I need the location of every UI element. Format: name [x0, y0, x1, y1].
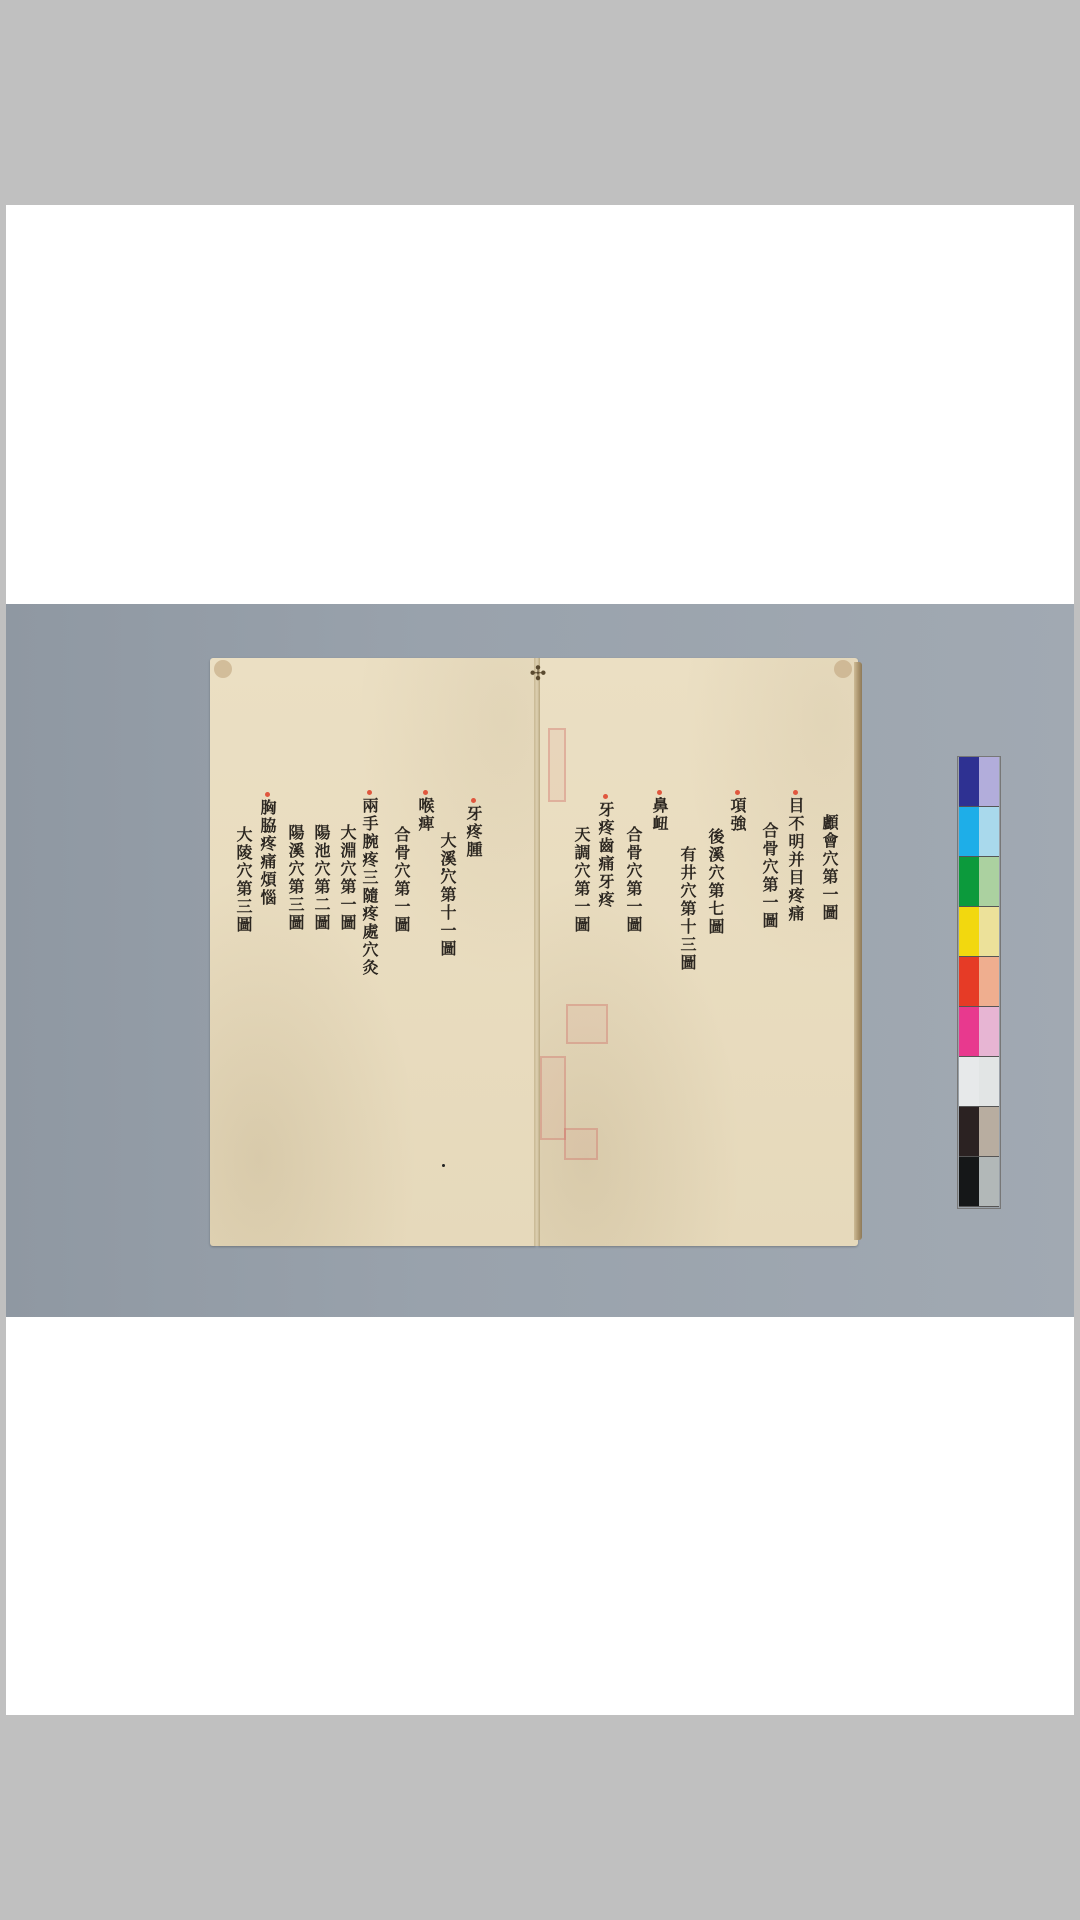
- left-text-column: 胸脇疼痛煩惱: [258, 792, 276, 907]
- column-text: 胸脇疼痛煩惱: [258, 799, 277, 907]
- right-text-column: 合骨穴第一圖: [760, 822, 778, 930]
- color-swatch: [959, 807, 979, 857]
- column-text: 兩手腕疼三隨疼處穴灸: [360, 797, 379, 977]
- red-seal-vertical: [540, 1056, 566, 1140]
- color-swatch: [959, 1057, 979, 1107]
- ink-speck: [442, 1164, 445, 1167]
- ink-speck: [442, 868, 445, 871]
- column-text: 牙疼腫: [464, 805, 483, 859]
- right-text-column: 有井穴第十三圖: [678, 846, 696, 972]
- column-text: 喉痺: [416, 797, 435, 833]
- photo-area: 牙疼腫大溪穴第十一圖喉痺合骨穴第一圖兩手腕疼三隨疼處穴灸大淵穴第一圖陽池穴第二圖…: [6, 604, 1074, 1317]
- red-mark-icon: [657, 790, 662, 795]
- red-mark-icon: [471, 798, 476, 803]
- column-text: 陽池穴第二圖: [312, 824, 331, 932]
- column-text: 大陵穴第三圖: [234, 826, 253, 934]
- image-frame: 牙疼腫大溪穴第十一圖喉痺合骨穴第一圖兩手腕疼三隨疼處穴灸大淵穴第一圖陽池穴第二圖…: [6, 205, 1074, 1715]
- left-text-column: 合骨穴第一圖: [392, 826, 410, 934]
- column-text: 天調穴第一圖: [572, 826, 591, 934]
- color-swatch-tint: [979, 957, 999, 1007]
- left-text-column: 陽溪穴第三圖: [286, 824, 304, 932]
- column-text: 後溪穴第七圖: [706, 828, 725, 936]
- left-page: 牙疼腫大溪穴第十一圖喉痺合骨穴第一圖兩手腕疼三隨疼處穴灸大淵穴第一圖陽池穴第二圖…: [210, 658, 536, 1246]
- page-edge: [854, 662, 862, 1240]
- column-text: 大溪穴第十一圖: [438, 832, 457, 958]
- color-swatch-tint: [979, 857, 999, 907]
- red-seal-small: [564, 1128, 598, 1160]
- left-text-column: 喉痺: [416, 790, 434, 833]
- column-text: 鼻衄: [650, 797, 669, 833]
- open-book: 牙疼腫大溪穴第十一圖喉痺合骨穴第一圖兩手腕疼三隨疼處穴灸大淵穴第一圖陽池穴第二圖…: [210, 658, 862, 1246]
- right-page: 顱會穴第一圖目不明并目疼痛合骨穴第一圖項強後溪穴第七圖有井穴第十三圖鼻衄合骨穴第…: [538, 658, 858, 1246]
- column-text: 項強: [728, 797, 747, 833]
- binding-thread-icon: ✣: [524, 660, 552, 686]
- red-mark-icon: [367, 790, 372, 795]
- red-seal: [566, 1004, 608, 1044]
- color-swatch: [959, 957, 979, 1007]
- color-swatch: [959, 1157, 979, 1207]
- red-mark-icon: [265, 792, 270, 797]
- red-mark-icon: [735, 790, 740, 795]
- right-text-column: 鼻衄: [650, 790, 668, 833]
- left-text-column: 大淵穴第一圖: [338, 824, 356, 932]
- color-swatch-tint: [979, 1057, 999, 1107]
- color-swatch-tint: [979, 1107, 999, 1157]
- left-text-column: 大陵穴第三圖: [234, 826, 252, 934]
- left-text-column: 大溪穴第十一圖: [438, 832, 456, 958]
- column-text: 合骨穴第一圖: [760, 822, 779, 930]
- right-text-column: 後溪穴第七圖: [706, 828, 724, 936]
- column-text: 有井穴第十三圖: [678, 846, 697, 972]
- book-spine: [534, 658, 540, 1246]
- red-seal-faint: [548, 728, 566, 802]
- column-text: 陽溪穴第三圖: [286, 824, 305, 932]
- color-swatch: [959, 857, 979, 907]
- column-text: 大淵穴第一圖: [338, 824, 357, 932]
- column-text: 顱會穴第一圖: [820, 814, 839, 922]
- right-text-column: 顱會穴第一圖: [820, 814, 838, 922]
- column-text: 合骨穴第一圖: [624, 826, 643, 934]
- column-text: 目不明并目疼痛: [786, 797, 805, 923]
- color-swatch: [959, 757, 979, 807]
- left-text-column: 陽池穴第二圖: [312, 824, 330, 932]
- color-swatch: [959, 1007, 979, 1057]
- color-swatch: [959, 1107, 979, 1157]
- left-text-column: 兩手腕疼三隨疼處穴灸: [360, 790, 378, 977]
- column-text: 牙疼齒痛牙疼: [596, 801, 615, 909]
- right-text-column: 天調穴第一圖: [572, 826, 590, 934]
- color-swatch-tint: [979, 807, 999, 857]
- right-text-column: 項強: [728, 790, 746, 833]
- color-swatch-tint: [979, 757, 999, 807]
- color-swatch-tint: [979, 1007, 999, 1057]
- red-mark-icon: [423, 790, 428, 795]
- color-swatch-tint: [979, 907, 999, 957]
- corner-stain: [834, 660, 852, 678]
- right-text-column: 牙疼齒痛牙疼: [596, 794, 614, 909]
- column-text: 合骨穴第一圖: [392, 826, 411, 934]
- corner-stain: [214, 660, 232, 678]
- color-swatch: [959, 907, 979, 957]
- right-text-column: 目不明并目疼痛: [786, 790, 804, 923]
- red-mark-icon: [793, 790, 798, 795]
- right-text-column: 合骨穴第一圖: [624, 826, 642, 934]
- left-text-column: 牙疼腫: [464, 798, 482, 859]
- red-mark-icon: [603, 794, 608, 799]
- color-swatch-tint: [979, 1157, 999, 1207]
- color-calibration-card: [957, 756, 1001, 1209]
